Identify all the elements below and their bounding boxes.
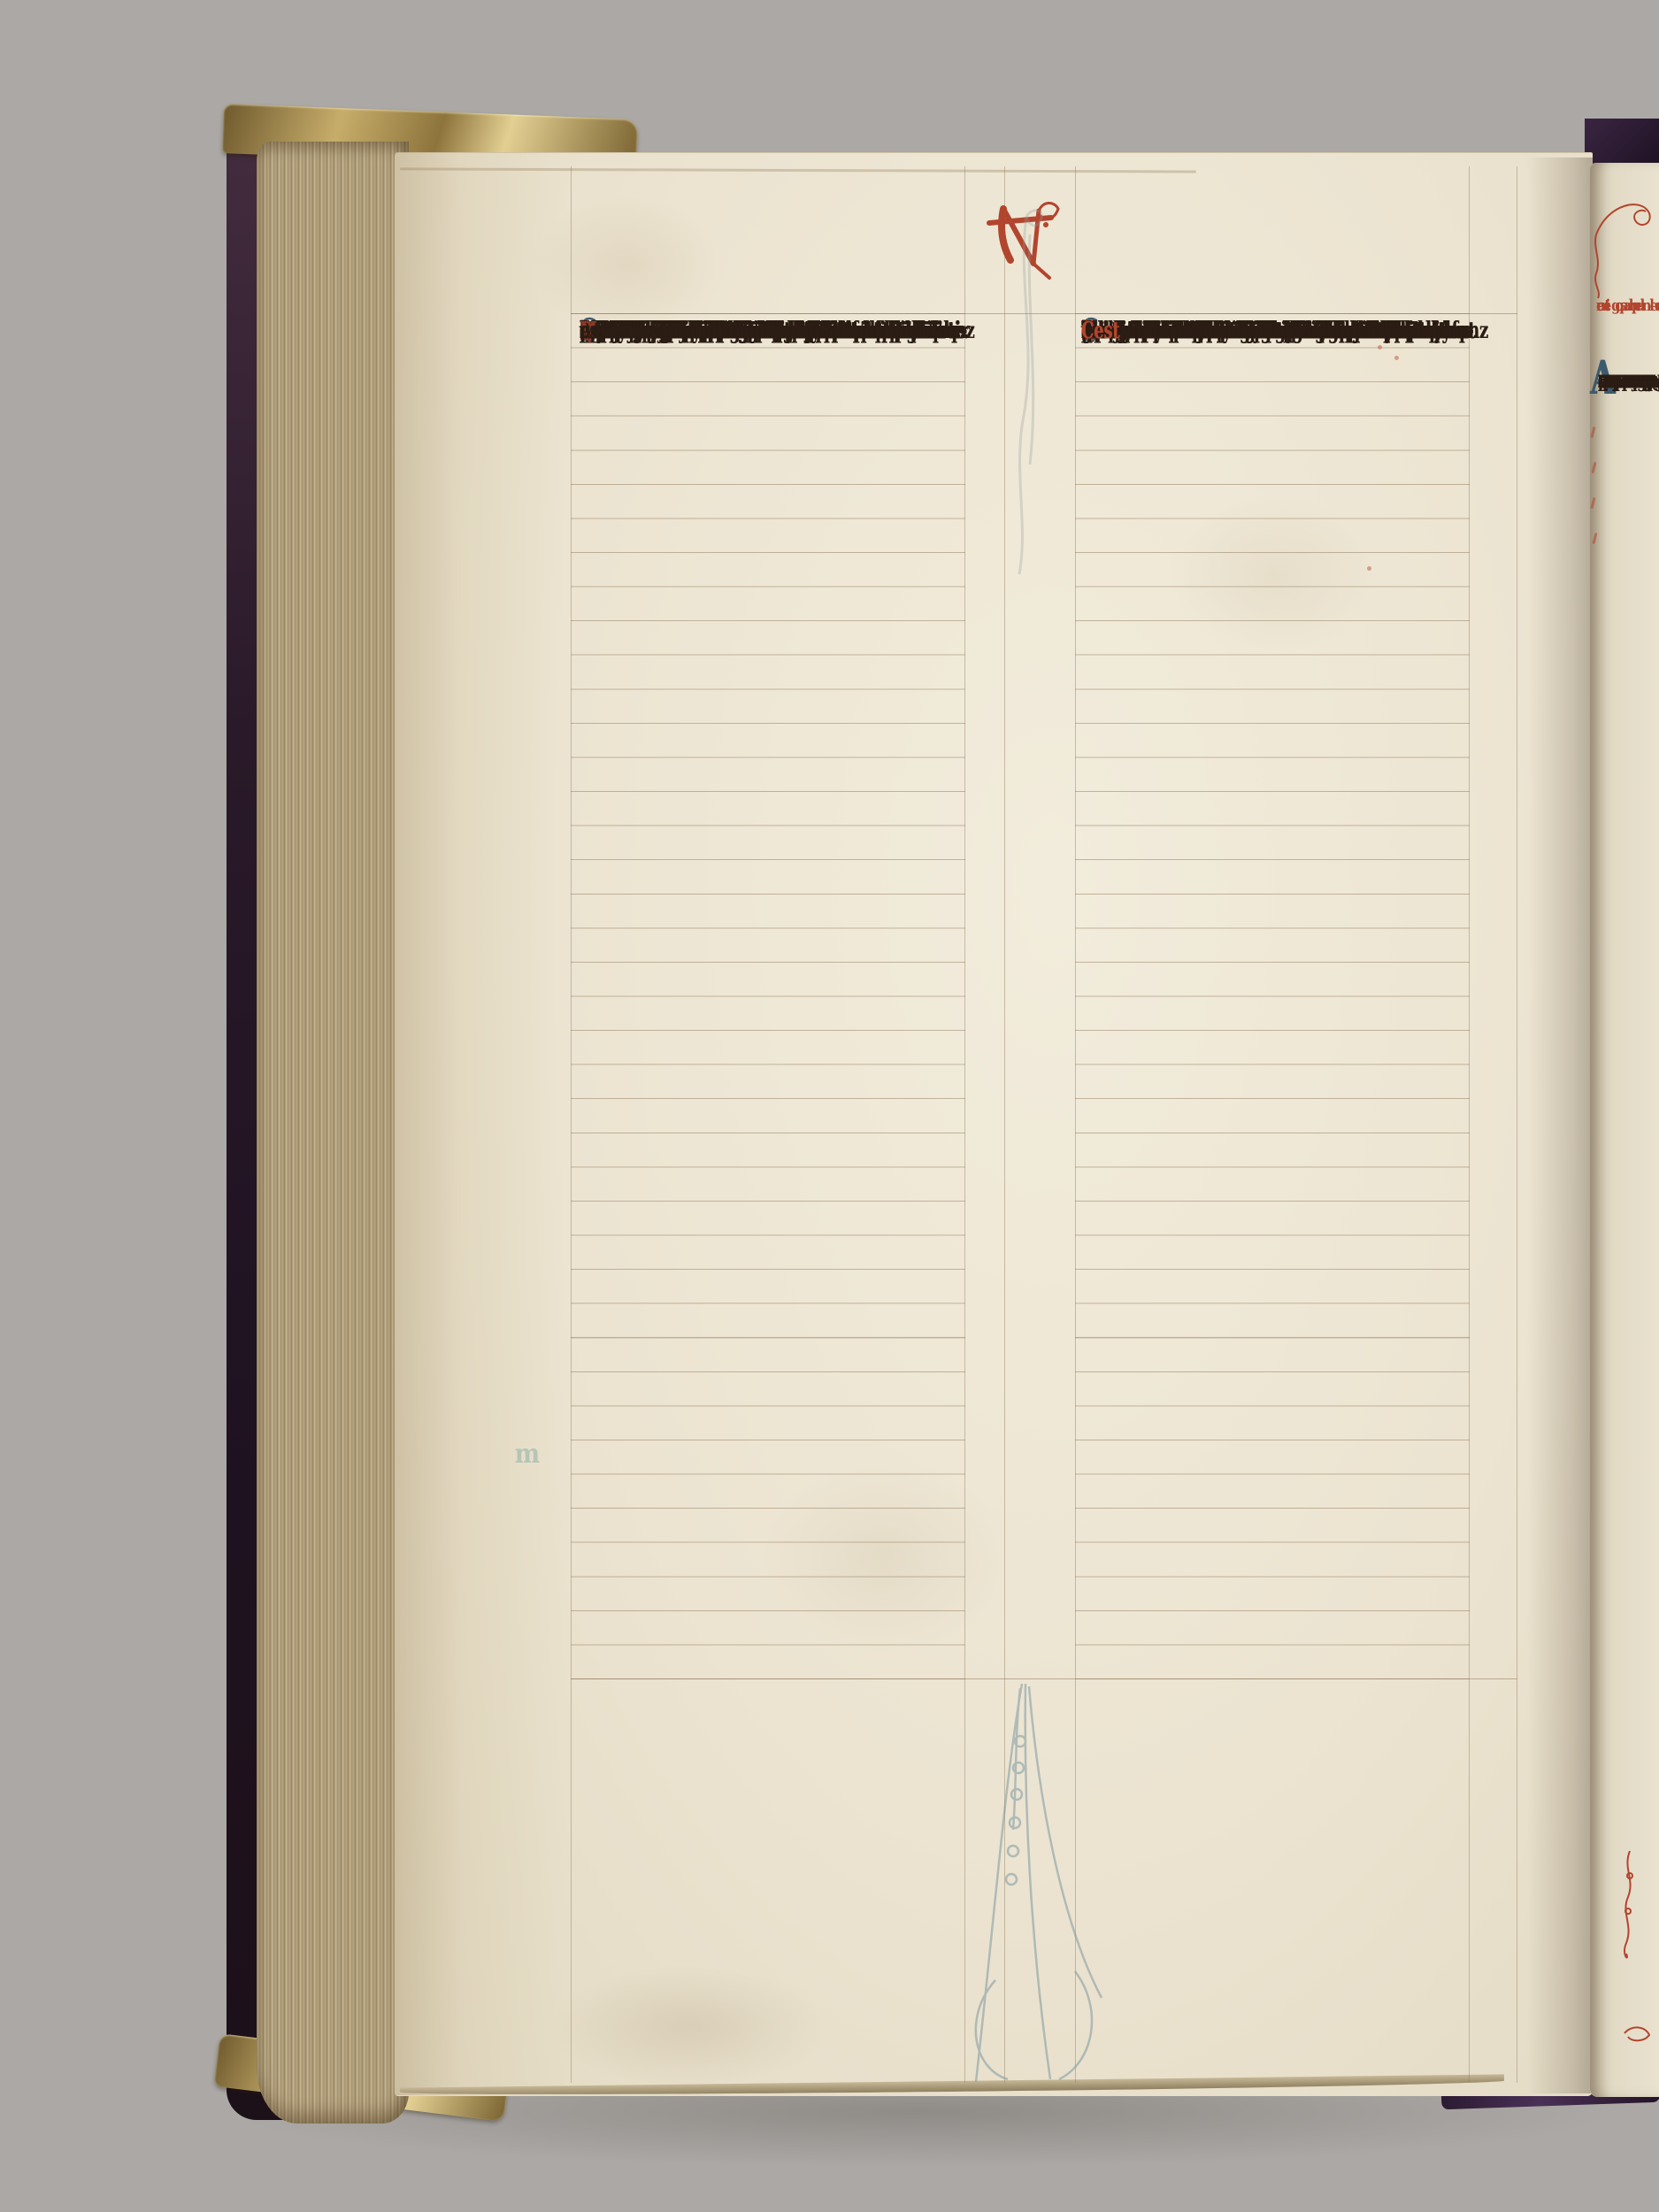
parchment-stain	[549, 1964, 832, 2088]
gutter-pen-flourish-top	[1000, 208, 1071, 580]
ruling-grid-left-column	[571, 313, 965, 1680]
vertical-rule	[1469, 166, 1470, 2083]
facing-page-sliver	[1589, 163, 1659, 2097]
facing-page-text-line: et q len ne	[1596, 294, 1659, 318]
ruling-grid-right-column	[1075, 313, 1470, 1680]
vertical-rule	[964, 166, 965, 2083]
manuscript-photo: m auoir loy 7 leuuangure plus q nos auon…	[0, 0, 1659, 2212]
gutter-shadow	[1527, 157, 1593, 2093]
facing-page-red-flourish-bottom	[1619, 1849, 1656, 2053]
facing-page-text-line: nos deu	[1598, 370, 1656, 396]
page-curl-shading	[395, 152, 585, 2095]
margin-guide-letter: m	[515, 1439, 541, 1470]
facing-page-red-flourish-top	[1593, 190, 1656, 301]
vertical-rule	[571, 166, 572, 2083]
page-stack-fore-edge	[257, 142, 409, 2124]
gutter-pen-flourish-bottom	[969, 1679, 1137, 2091]
vertical-rule	[1517, 166, 1517, 2083]
